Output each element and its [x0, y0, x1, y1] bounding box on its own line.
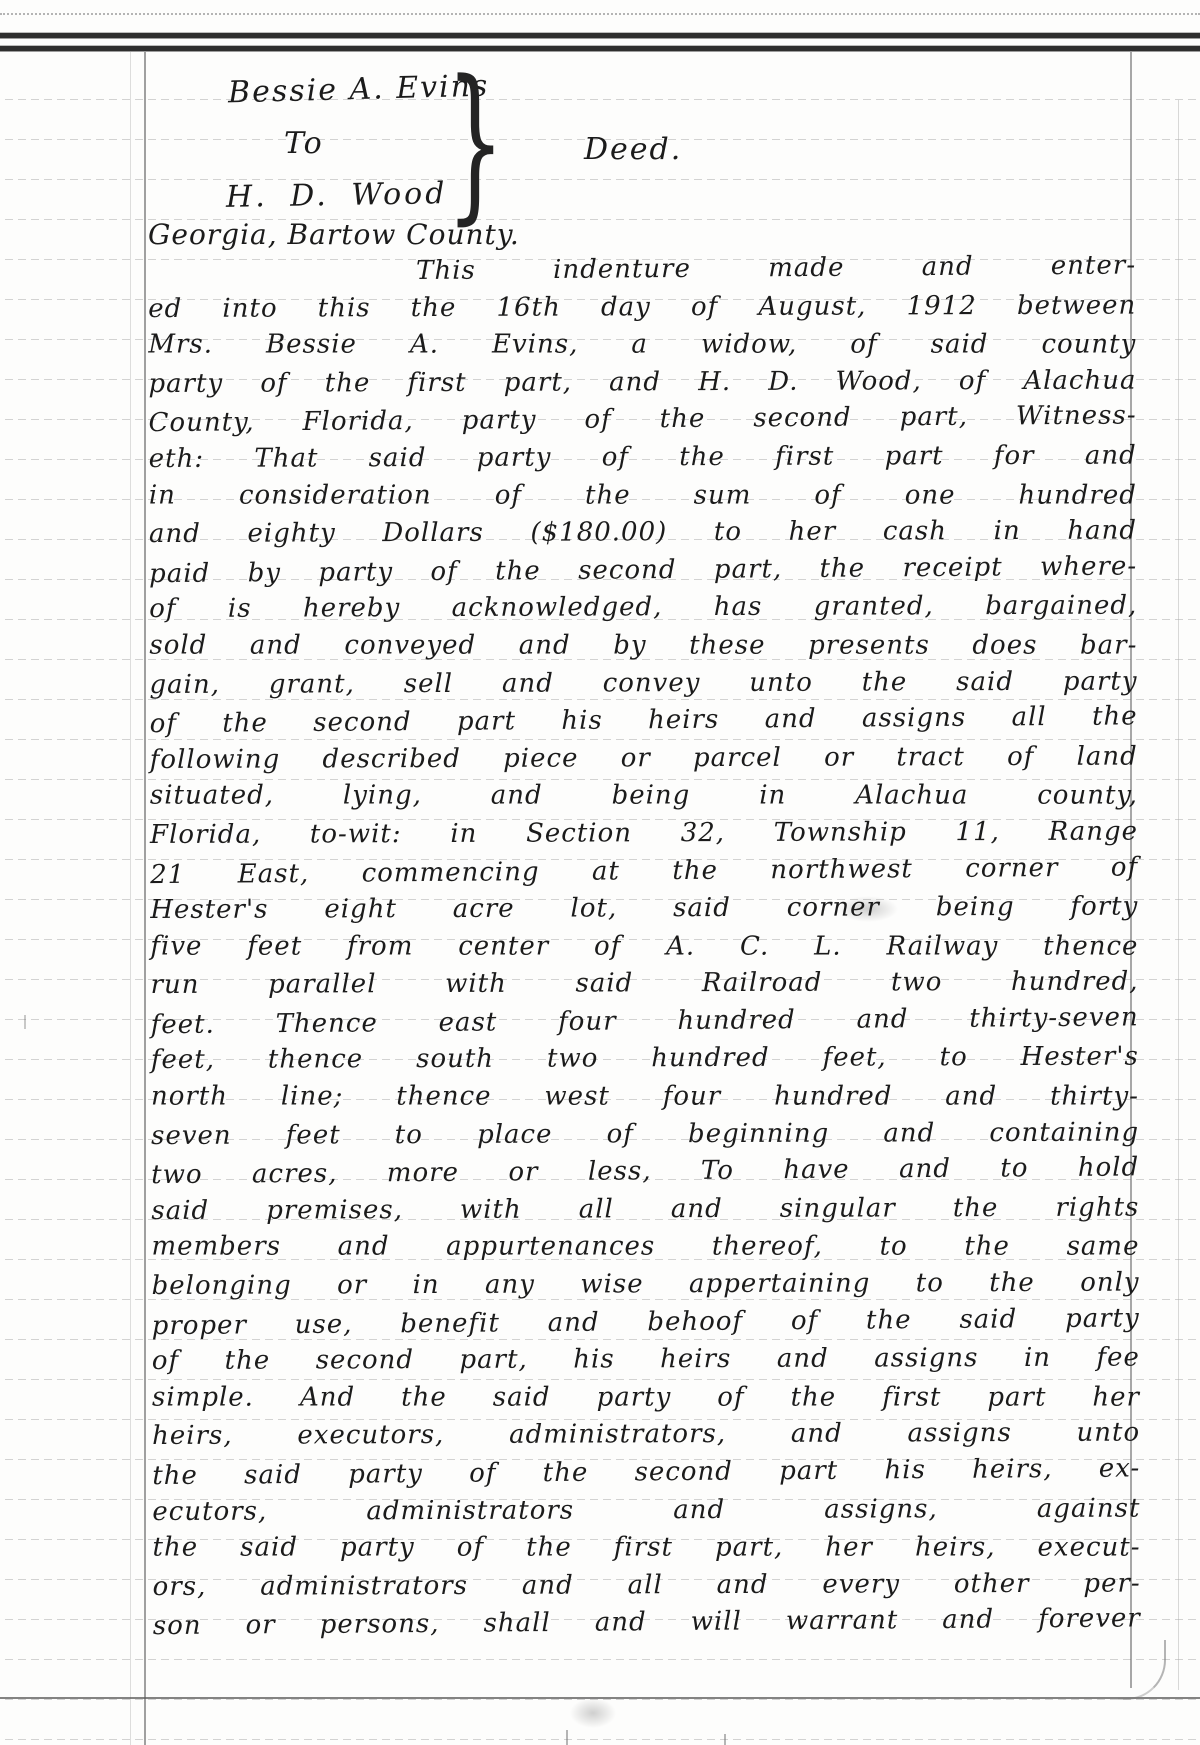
deed-body-line: members and appurtenances thereof, to th… — [151, 1229, 1139, 1267]
deed-body-line: paid by party of the second part, the re… — [149, 548, 1137, 593]
right-margin-rule-faint — [1178, 100, 1179, 1690]
deed-body-line: eth: That said party of the first part f… — [149, 438, 1137, 479]
deed-body-line: the said party of the second part his he… — [152, 1450, 1140, 1495]
deed-body-line: sold and conveyed and by these presents … — [149, 627, 1137, 665]
scan-tick-mark — [566, 1730, 568, 1745]
deed-body-line: five feet from center of A. C. L. Railwa… — [150, 928, 1138, 966]
deed-body-line: of the second part, his heirs and assign… — [152, 1340, 1140, 1381]
deed-body-line: run parallel with said Railroad two hund… — [150, 964, 1138, 1005]
scan-separator-bar-bottom — [0, 46, 1200, 51]
deed-body-line: north line; thence west four hundred and… — [151, 1078, 1139, 1116]
deed-body-line: proper use, benefit and behoof of the sa… — [152, 1300, 1140, 1345]
scan-tick-mark — [724, 1734, 726, 1745]
deed-body-line: Hester's eight acre lot, said corner bei… — [150, 889, 1138, 930]
deed-body-line: in consideration of the sum of one hundr… — [149, 477, 1137, 515]
instrument-type-label: Deed. — [584, 132, 682, 167]
deed-ledger-page: Bessie A. Evins To H. D. Wood } Deed. Ge… — [0, 0, 1200, 1745]
deed-body-line: ors, administrators and all and every ot… — [153, 1565, 1141, 1606]
deed-body-line: This indenture made and enter- — [148, 247, 1136, 292]
jurisdiction-heading: Georgia, Bartow County. — [148, 218, 520, 251]
deed-body-line: situated, lying, and being in Alachua co… — [150, 778, 1138, 816]
deed-body-line: the said party of the first part, her he… — [153, 1529, 1141, 1567]
deed-body-line: ecutors, administrators and assigns, aga… — [152, 1490, 1140, 1531]
deed-body-line: heirs, executors, administrators, and as… — [152, 1415, 1140, 1456]
deed-body-text: This indenture made and enter-ed into th… — [148, 250, 1141, 1644]
deed-body-line: feet. Thence east four hundred and thirt… — [151, 999, 1139, 1044]
left-margin-rule-faint — [130, 52, 131, 1745]
caption-grantee-name: H. D. Wood — [226, 176, 448, 215]
deed-body-line: belonging or in any wise appertaining to… — [152, 1265, 1140, 1306]
ink-smudge — [570, 1698, 616, 1728]
deed-body-line: Florida, to-wit: in Section 32, Township… — [150, 813, 1138, 854]
deed-body-line: two acres, more or less, To have and to … — [151, 1150, 1139, 1195]
caption-brace-glyph: } — [446, 58, 505, 226]
scan-tick-mark — [24, 1015, 26, 1029]
deed-body-line: said premises, with all and singular the… — [151, 1189, 1139, 1230]
deed-body-line: son or persons, shall and will warrant a… — [153, 1601, 1141, 1646]
scan-separator-bar-top — [0, 33, 1200, 38]
scan-top-edge-line — [0, 13, 1200, 15]
deed-body-line: Mrs. Bessie A. Evins, a widow, of said c… — [148, 326, 1136, 364]
deed-body-line: simple. And the said party of the first … — [152, 1379, 1140, 1417]
deed-body-line: of is hereby acknowledged, has granted, … — [149, 588, 1137, 629]
caption-connector-to: To — [284, 126, 324, 161]
deed-body-line: of the second part his heirs and assigns… — [150, 699, 1138, 744]
left-margin-rule — [144, 52, 146, 1745]
deed-body-line: and eighty Dollars ($180.00) to her cash… — [149, 513, 1137, 554]
deed-body-line: ed into this the 16th day of August, 191… — [148, 287, 1136, 328]
deed-body-line: seven feet to place of beginning and con… — [151, 1114, 1139, 1155]
deed-body-line: County, Florida, party of the second par… — [148, 398, 1136, 443]
deed-body-line: following described piece or parcel or t… — [150, 738, 1138, 779]
deed-body-line: feet, thence south two hundred feet, to … — [151, 1039, 1139, 1080]
deed-body-line: 21 East, commencing at the northwest cor… — [150, 849, 1138, 894]
deed-body-line: gain, grant, sell and convey unto the sa… — [149, 663, 1137, 704]
deed-body-line: party of the first part, and H. D. Wood,… — [148, 362, 1136, 403]
